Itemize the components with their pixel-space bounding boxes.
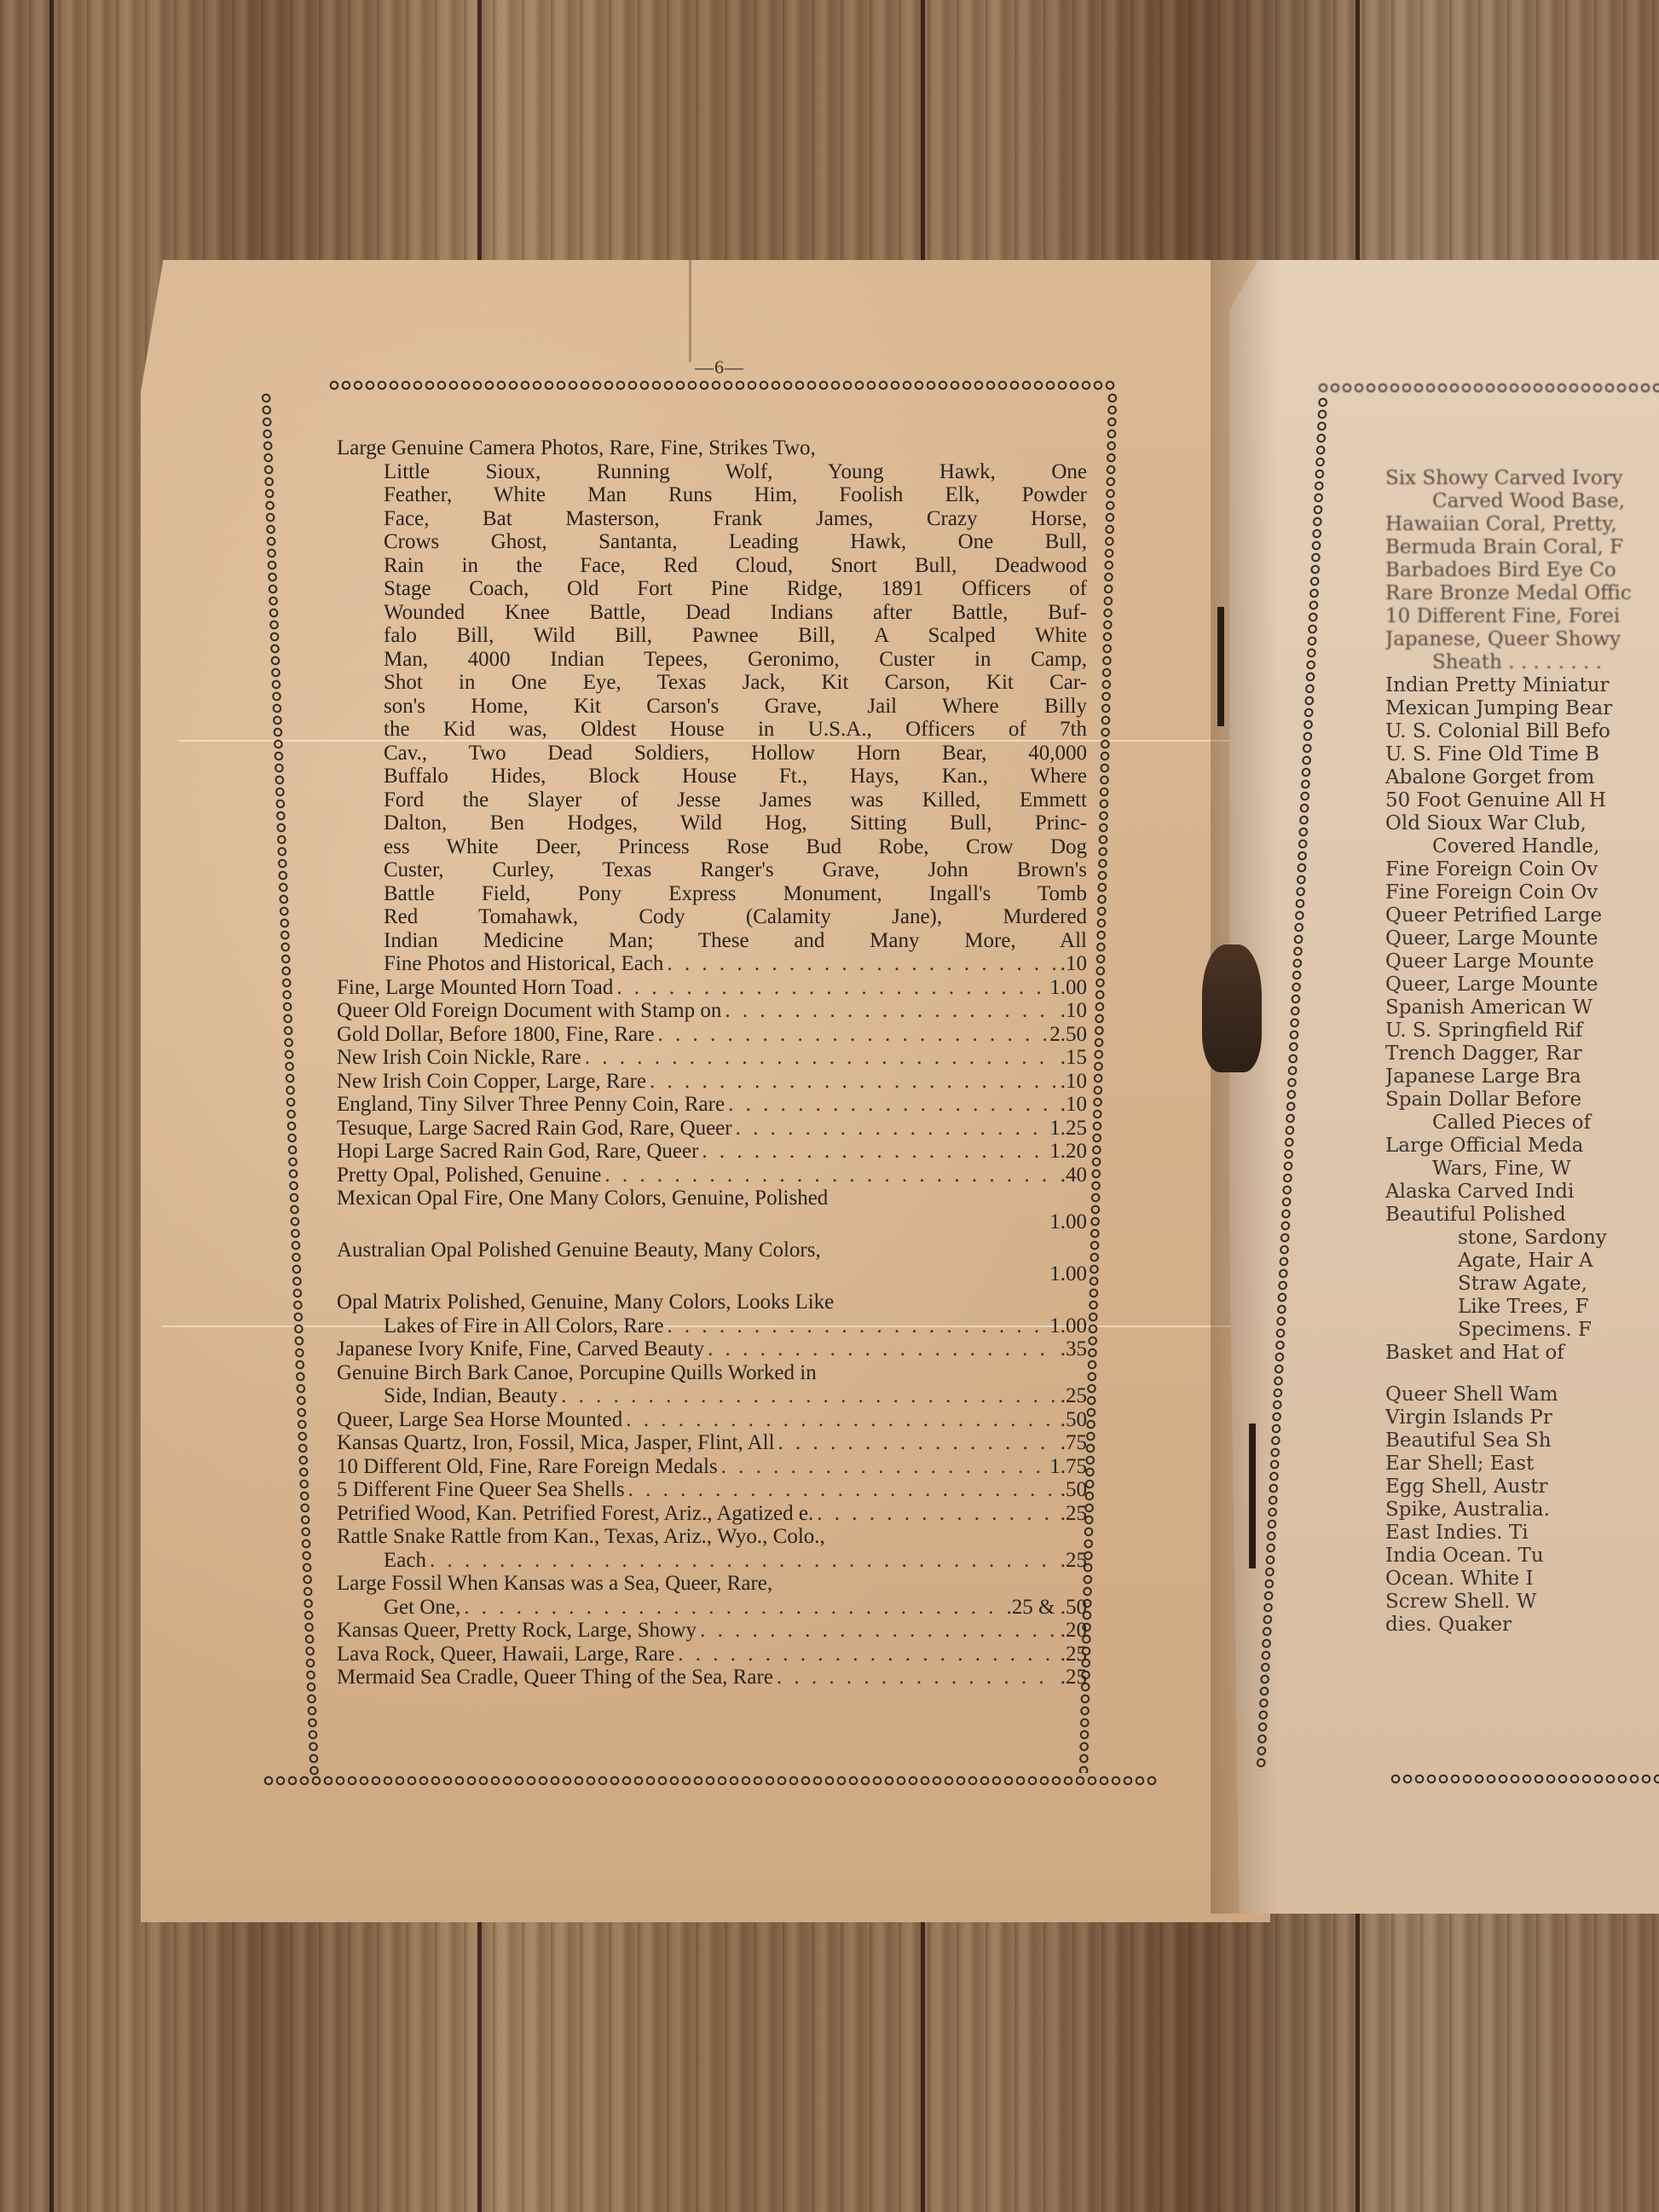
decorative-border-bottom <box>263 1775 1158 1787</box>
price-item: Genuine Birch Bark Canoe, Porcupine Quil… <box>337 1361 1087 1408</box>
dot-leader <box>628 1478 1057 1502</box>
price: 2.50 <box>1049 1023 1087 1047</box>
price-item: Kansas Queer, Pretty Rock, Large, Showy.… <box>337 1619 1087 1643</box>
entry-line: Man, 4000 Indian Tepees, Geronimo, Custe… <box>337 648 1087 672</box>
right-line: Large Official Meda <box>1385 1135 1659 1158</box>
entry-camera-photos: Large Genuine Camera Photos, Rare, Fine,… <box>337 436 1087 976</box>
entry-line: Feather, White Man Runs Him, Foolish Elk… <box>337 483 1087 507</box>
price: .10 <box>1061 1093 1087 1117</box>
right-line: Spike, Australia. <box>1385 1499 1659 1522</box>
dot-leader <box>667 952 1056 976</box>
entry-line: Ford the Slayer of Jesse James was Kille… <box>337 788 1087 812</box>
price-item: 10 Different Old, Fine, Rare Foreign Med… <box>337 1455 1087 1479</box>
price: .25 <box>1061 1502 1087 1526</box>
dot-leader <box>604 1164 1056 1187</box>
price: 1.25 <box>1049 1117 1087 1141</box>
right-line: Alaska Carved Indi <box>1385 1181 1659 1204</box>
entry-line: Dalton, Ben Hodges, Wild Hog, Sitting Bu… <box>337 811 1087 835</box>
entry-line: Little Sioux, Running Wolf, Young Hawk, … <box>337 460 1087 484</box>
right-line: Sheath . . . . . . . . <box>1385 651 1659 674</box>
price: 1.00 <box>337 1262 1087 1286</box>
paper-hole <box>1202 944 1262 1072</box>
right-border-top <box>1317 382 1659 394</box>
price: .25 <box>1061 1549 1087 1573</box>
entry-line: Fine Photos and Historical, Each .10 <box>337 952 1087 976</box>
right-line: Fine Foreign Coin Ov <box>1385 881 1659 904</box>
right-line: Spanish American W <box>1385 996 1659 1019</box>
price-item: Australian Opal Polished Genuine Beauty,… <box>337 1239 1087 1285</box>
right-line: Beautiful Sea Sh <box>1385 1429 1659 1453</box>
right-line: Screw Shell. W <box>1385 1591 1659 1614</box>
right-line: Queer Large Mounte <box>1385 950 1659 973</box>
binding-tear <box>1249 1424 1256 1568</box>
right-line: Bermuda Brain Coral, F <box>1385 536 1659 559</box>
entry-line: Indian Medicine Man; These and Many More… <box>337 929 1087 953</box>
price: .40 <box>1061 1164 1087 1187</box>
entry-line: Buffalo Hides, Block House Ft., Hays, Ka… <box>337 765 1087 788</box>
binding-tear <box>1217 607 1224 726</box>
dot-leader <box>650 1070 1057 1094</box>
right-line: Spain Dollar Before <box>1385 1089 1659 1112</box>
right-line: Beautiful Polished <box>1385 1204 1659 1227</box>
entry-line: Red Tomahawk, Cody (Calamity Jane), Murd… <box>337 905 1087 929</box>
right-line: Ocean. White I <box>1385 1568 1659 1591</box>
right-line: Queer Petrified Large <box>1385 904 1659 927</box>
right-line: Old Sioux War Club, <box>1385 812 1659 835</box>
entry-line: the Kid was, Oldest House in U.S.A., Off… <box>337 718 1087 742</box>
price: 1.00 <box>337 1210 1087 1234</box>
dot-leader <box>616 976 1046 1000</box>
entry-line: Wounded Knee Battle, Dead Indians after … <box>337 601 1087 625</box>
price-item: Mexican Opal Fire, One Many Colors, Genu… <box>337 1187 1087 1233</box>
entry-line: Cav., Two Dead Soldiers, Hollow Horn Bea… <box>337 742 1087 765</box>
right-line: Carved Wood Base, <box>1385 490 1659 513</box>
dot-leader <box>708 1337 1057 1361</box>
right-line: Trench Dagger, Rar <box>1385 1042 1659 1066</box>
right-line: Japanese Large Bra <box>1385 1066 1659 1089</box>
price-item: New Irish Coin Copper, Large, Rare.10 <box>337 1070 1087 1094</box>
price-list-right: Six Showy Carved Ivory Carved Wood Base,… <box>1385 467 1659 1637</box>
right-line: Straw Agate, <box>1385 1273 1659 1296</box>
price-item: Opal Matrix Polished, Genuine, Many Colo… <box>337 1291 1087 1337</box>
right-line: East Indies. Ti <box>1385 1522 1659 1545</box>
price: 1.00 <box>1049 1314 1087 1338</box>
right-line: Covered Handle, <box>1385 835 1659 858</box>
right-line: Virgin Islands Pr <box>1385 1406 1659 1429</box>
dot-leader <box>778 1431 1057 1455</box>
entry-line: falo Bill, Wild Bill, Pawnee Bill, A Sca… <box>337 624 1087 648</box>
price-item: Mermaid Sea Cradle, Queer Thing of the S… <box>337 1666 1087 1689</box>
right-line: Hawaiian Coral, Pretty, <box>1385 513 1659 536</box>
dot-leader <box>585 1046 1057 1070</box>
price: .25 & .50 <box>1007 1596 1087 1620</box>
price-list-left: Large Genuine Camera Photos, Rare, Fine,… <box>337 436 1087 1689</box>
price: .25 <box>1061 1666 1087 1689</box>
spacer <box>1385 1365 1659 1383</box>
price: .15 <box>1061 1046 1087 1070</box>
entry-line: son's Home, Kit Carson's Grave, Jail Whe… <box>337 695 1087 719</box>
price-item: Fine, Large Mounted Horn Toad1.00 <box>337 976 1087 1000</box>
right-line: Specimens. F <box>1385 1319 1659 1342</box>
right-line: Called Pieces of <box>1385 1112 1659 1135</box>
price-item: New Irish Coin Nickle, Rare.15 <box>337 1046 1087 1070</box>
right-line: Abalone Gorget from <box>1385 766 1659 789</box>
price: .20 <box>1061 1619 1087 1643</box>
price-item: England, Tiny Silver Three Penny Coin, R… <box>337 1093 1087 1117</box>
price-item: Pretty Opal, Polished, Genuine.40 <box>337 1164 1087 1187</box>
price: 1.75 <box>1049 1455 1087 1479</box>
price-item: Petrified Wood, Kan. Petrified Forest, A… <box>337 1502 1087 1526</box>
dot-leader <box>561 1384 1057 1408</box>
right-line: U. S. Fine Old Time B <box>1385 743 1659 766</box>
entry-line: Shot in One Eye, Texas Jack, Kit Carson,… <box>337 671 1087 695</box>
price-item: Queer Old Foreign Document with Stamp on… <box>337 999 1087 1023</box>
page-number: —6— <box>695 356 744 378</box>
dot-leader <box>464 1596 1003 1620</box>
right-line: Egg Shell, Austr <box>1385 1476 1659 1499</box>
right-line: U. S. Springfield Rif <box>1385 1019 1659 1042</box>
price-item: Queer, Large Sea Horse Mounted.50 <box>337 1408 1087 1432</box>
price-item: Rattle Snake Rattle from Kan., Texas, Ar… <box>337 1525 1087 1572</box>
entry-line: Stage Coach, Old Fort Pine Ridge, 1891 O… <box>337 577 1087 601</box>
dot-leader <box>777 1666 1057 1689</box>
right-line: Wars, Fine, W <box>1385 1158 1659 1181</box>
right-line: Queer Shell Wam <box>1385 1383 1659 1406</box>
dot-leader <box>817 1502 1057 1526</box>
entry-line: Battle Field, Pony Express Monument, Ing… <box>337 882 1087 906</box>
entry-line: Rain in the Face, Red Cloud, Snort Bull,… <box>337 554 1087 578</box>
right-line: Like Trees, F <box>1385 1296 1659 1319</box>
right-line: Six Showy Carved Ivory <box>1385 467 1659 490</box>
right-line: U. S. Colonial Bill Befo <box>1385 720 1659 743</box>
right-line: 50 Foot Genuine All H <box>1385 789 1659 812</box>
right-line: Mexican Jumping Bear <box>1385 697 1659 720</box>
price-item: Large Fossil When Kansas was a Sea, Quee… <box>337 1572 1087 1619</box>
right-line: Agate, Hair A <box>1385 1250 1659 1273</box>
right-line: Indian Pretty Miniatur <box>1385 674 1659 697</box>
right-line: Queer, Large Mounte <box>1385 973 1659 996</box>
entry-line: ess White Deer, Princess Rose Bud Robe, … <box>337 835 1087 859</box>
right-line: Queer, Large Mounte <box>1385 927 1659 950</box>
price-item: 5 Different Fine Queer Sea Shells.50 <box>337 1478 1087 1502</box>
price-item: Lava Rock, Queer, Hawaii, Large, Rare.25 <box>337 1643 1087 1666</box>
dot-leader <box>700 1619 1057 1643</box>
price: .50 <box>1061 1408 1087 1432</box>
right-line: stone, Sardony <box>1385 1227 1659 1250</box>
right-line: Rare Bronze Medal Offic <box>1385 582 1659 605</box>
price: .25 <box>1061 1384 1087 1408</box>
wood-plank-gap <box>49 0 54 2212</box>
price-item: Gold Dollar, Before 1800, Fine, Rare2.50 <box>337 1023 1087 1047</box>
right-line: India Ocean. Tu <box>1385 1545 1659 1568</box>
dot-leader <box>626 1408 1057 1432</box>
right-line: Barbadoes Bird Eye Co <box>1385 559 1659 582</box>
price: .75 <box>1061 1431 1087 1455</box>
entry-line: Custer, Curley, Texas Ranger's Grave, Jo… <box>337 858 1087 882</box>
price: .50 <box>1061 1478 1087 1502</box>
dot-leader <box>658 1023 1047 1047</box>
price-item: Hopi Large Sacred Rain God, Rare, Queer1… <box>337 1140 1087 1164</box>
price-item: Japanese Ivory Knife, Fine, Carved Beaut… <box>337 1337 1087 1361</box>
price-item: Tesuque, Large Sacred Rain God, Rare, Qu… <box>337 1117 1087 1141</box>
dot-leader <box>702 1140 1046 1164</box>
entry-line: Crows Ghost, Santanta, Leading Hawk, One… <box>337 530 1087 554</box>
dot-leader <box>721 1455 1047 1479</box>
right-line: Fine Foreign Coin Ov <box>1385 858 1659 881</box>
dot-leader <box>725 999 1056 1023</box>
paper-tear <box>689 260 691 362</box>
price: .10 <box>1061 952 1087 976</box>
entry-line: Large Genuine Camera Photos, Rare, Fine,… <box>337 436 1087 460</box>
right-line: 10 Different Fine, Forei <box>1385 605 1659 628</box>
price: 1.20 <box>1049 1140 1087 1164</box>
dot-leader <box>430 1549 1057 1573</box>
right-line: Japanese, Queer Showy <box>1385 628 1659 651</box>
price: .10 <box>1061 999 1087 1023</box>
decorative-border-top <box>328 379 1117 391</box>
price: .35 <box>1061 1337 1087 1361</box>
right-line: Ear Shell; East <box>1385 1453 1659 1476</box>
price: .10 <box>1061 1070 1087 1094</box>
dot-leader <box>667 1314 1046 1338</box>
entry-line: Face, Bat Masterson, Frank James, Crazy … <box>337 507 1087 531</box>
price: 1.00 <box>1049 976 1087 1000</box>
dot-leader <box>728 1093 1057 1117</box>
dot-leader <box>736 1117 1047 1141</box>
right-line: dies. Quaker <box>1385 1614 1659 1637</box>
price: .25 <box>1061 1643 1087 1666</box>
right-line: Basket and Hat of <box>1385 1342 1659 1365</box>
right-border-bottom <box>1390 1773 1659 1785</box>
dot-leader <box>678 1643 1056 1666</box>
price-item: Kansas Quartz, Iron, Fossil, Mica, Jaspe… <box>337 1431 1087 1455</box>
